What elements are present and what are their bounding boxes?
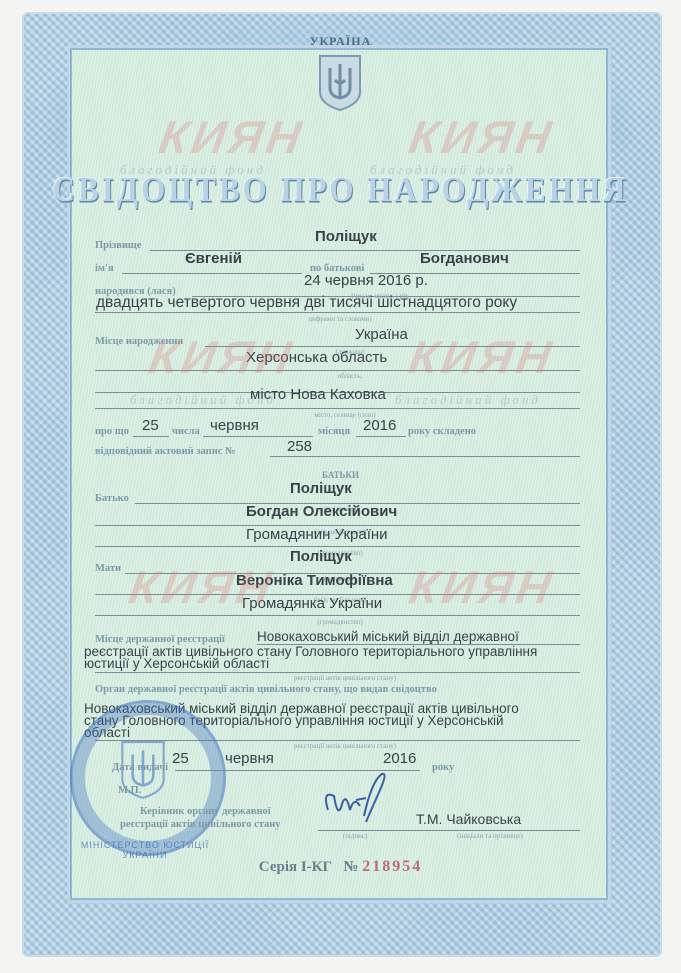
parents-heading: БАТЬКИ: [0, 470, 681, 480]
birthplace-country: Україна: [355, 326, 408, 343]
issue-year: 2016: [383, 750, 416, 767]
father-label: Батько: [95, 493, 129, 504]
child-surname: Поліщук: [315, 228, 377, 245]
watermark: КИЯН: [405, 330, 559, 384]
watermark: КИЯН: [155, 110, 309, 164]
record-year: 2016: [363, 417, 396, 434]
name-label: ім'я: [95, 263, 114, 274]
region-caption: область,: [320, 372, 380, 380]
official-name-caption: (ініціали та прізвище): [430, 832, 550, 840]
watermark: КИЯН: [405, 110, 559, 164]
birth-date-words: двадцять четвертого червня дві тисячі ші…: [96, 294, 517, 312]
act-number: 258: [287, 438, 312, 455]
father-citizenship: Громадянин України: [246, 526, 388, 543]
series-number: Серія І-КГ № 218954: [0, 858, 681, 876]
mother-surname: Поліщук: [290, 548, 352, 565]
head-label-line2: реєстрації актів цивільного стану: [120, 819, 281, 830]
series-label: Серія І-КГ: [259, 859, 332, 875]
act-label: відповідний актовий запис №: [95, 446, 236, 457]
issuer-label: Орган державної реєстрації актів цивільн…: [95, 684, 437, 695]
mother-label: Мати: [95, 563, 121, 574]
record-day: 25: [142, 417, 159, 434]
number-sign: №: [343, 859, 358, 875]
surname-label: Прізвище: [95, 240, 141, 251]
issue-day: 25: [172, 750, 189, 767]
watermark: КИЯН: [405, 560, 559, 614]
document-title: СВІДОЦТВО ПРО НАРОДЖЕННЯ: [0, 170, 681, 210]
head-label-line1: Керівник органу державної: [140, 806, 271, 817]
child-patronymic: Богданович: [420, 250, 509, 267]
father-surname: Поліщук: [290, 480, 352, 497]
stamp-text: МІНІСТЕРСТВО ЮСТИЦІЇ УКРАЇНИ: [70, 840, 220, 860]
record-year-label: року складено: [408, 426, 476, 437]
watermark-sub: благодійний фонд: [395, 392, 541, 408]
record-month-label: місяця: [318, 426, 350, 437]
registration-place-line3: юстиції у Херсонській області: [84, 657, 269, 670]
record-month: червня: [210, 417, 259, 434]
birth-date: 24 червня 2016 р.: [304, 272, 428, 289]
trident-coat-of-arms-icon: [316, 54, 364, 112]
watermark-sub: благодійний фонд: [130, 392, 276, 408]
signature: [320, 770, 400, 832]
record-prefix: про що: [95, 426, 129, 437]
certificate-number: 218954: [362, 858, 422, 875]
issue-month: червня: [225, 750, 274, 767]
issue-date-label: Дата видачі: [112, 762, 168, 773]
record-day-label: числа: [172, 426, 200, 437]
father-name: Богдан Олексійович: [246, 503, 397, 520]
registration-place-caption: реєстрації актів цивільного стану): [280, 674, 410, 682]
child-name: Євгеній: [185, 250, 242, 267]
issuer-caption: реєстрації актів цивільного стану): [280, 742, 410, 750]
watermark: КИЯН: [145, 330, 299, 384]
registration-place-line1: Новокаховський міський відділ державної: [257, 630, 519, 643]
mother-citizenship-caption: (громадянство): [300, 618, 380, 626]
watermark: КИЯН: [125, 560, 279, 614]
seal-label: М.П.: [118, 785, 141, 796]
birth-date-words-caption: цифрами та словами): [280, 315, 400, 323]
country-name: УКРАЇНА: [0, 34, 681, 49]
signature-caption: (підпис): [330, 832, 380, 840]
official-name: Т.М. Чайковська: [416, 811, 521, 827]
issue-year-label: року: [432, 762, 454, 773]
